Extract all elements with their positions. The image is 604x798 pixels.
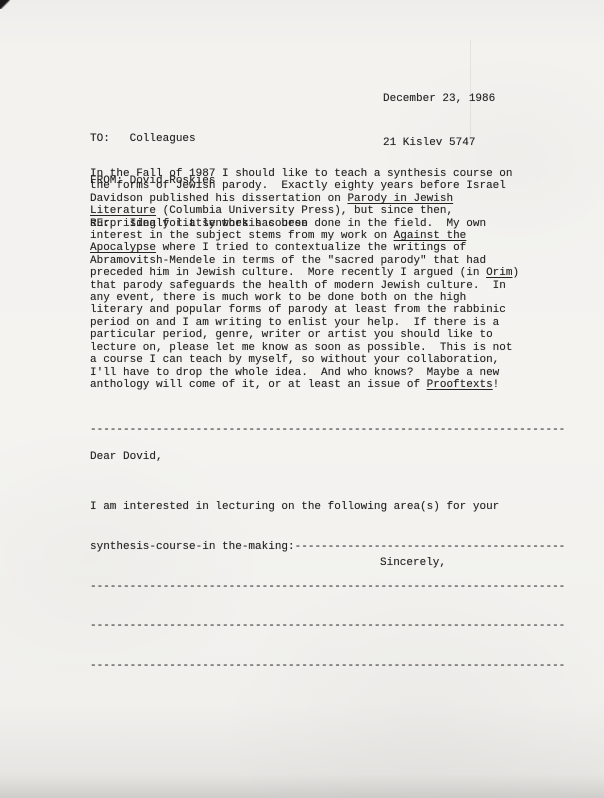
body-line: Literature (Columbia University Press), …	[90, 205, 519, 217]
body-line: period on and I am writing to enlist you…	[90, 317, 519, 329]
body-line: literary and popular forms of parody at …	[90, 304, 519, 316]
reply-line-prefix: synthesis-course-in the-making:	[90, 541, 295, 553]
date-block: December 23, 1986 21 Kislev 5747	[383, 63, 495, 179]
reply-blank-dashed-line: ----------------------------------------…	[90, 620, 565, 633]
body-line: surprisingly little work has been done i…	[90, 218, 519, 230]
body-line: lecture on, please let me know as soon a…	[90, 342, 519, 354]
reply-line: I am interested in lecturing on the foll…	[90, 501, 565, 514]
reply-salutation: Dear Dovid,	[90, 451, 163, 464]
body-line: a course I can teach by myself, so witho…	[90, 354, 519, 366]
body-line: particular period, genre, writer or arti…	[90, 329, 519, 341]
body-line: anthology will come of it, or at least a…	[90, 379, 519, 391]
reply-blank-dashed-line: ----------------------------------------…	[90, 660, 565, 673]
date-hebrew: 21 Kislev 5747	[383, 136, 495, 151]
date-gregorian: December 23, 1986	[383, 92, 495, 107]
reply-blank-dashed-line: ----------------------------------------…	[90, 581, 565, 594]
body-line: Davidson published his dissertation on P…	[90, 193, 519, 205]
body-line: that parody safeguards the health of mod…	[90, 280, 519, 292]
reply-section: I am interested in lecturing on the foll…	[90, 475, 565, 699]
letter-body: In the Fall of 1987 I should like to tea…	[90, 168, 519, 391]
body-line: Abramovitsh-Mendele in terms of the "sac…	[90, 255, 519, 267]
scan-artifact-corner	[0, 0, 10, 9]
memo-to-line: TO: Colleagues	[90, 132, 308, 146]
body-line: I'll have to drop the whole idea. And wh…	[90, 367, 519, 379]
body-line: any event, there is much work to be done…	[90, 292, 519, 304]
body-line: Apocalypse where I tried to contextualiz…	[90, 242, 519, 254]
reply-fill-in-line: synthesis-course-in the-making:---------…	[90, 541, 565, 554]
body-line: In the Fall of 1987 I should like to tea…	[90, 168, 519, 180]
letter-document: December 23, 1986 21 Kislev 5747 TO: Col…	[0, 0, 604, 798]
divider-dashed-line: ----------------------------------------…	[90, 424, 565, 436]
body-line: the forms of Jewish parody. Exactly eigh…	[90, 180, 519, 192]
body-line: interest in the subject stems from my wo…	[90, 230, 519, 242]
closing-sincerely: Sincerely,	[380, 557, 446, 570]
body-line: preceded him in Jewish culture. More rec…	[90, 267, 519, 279]
reply-line-dashes: ----------------------------------------…	[295, 541, 566, 553]
